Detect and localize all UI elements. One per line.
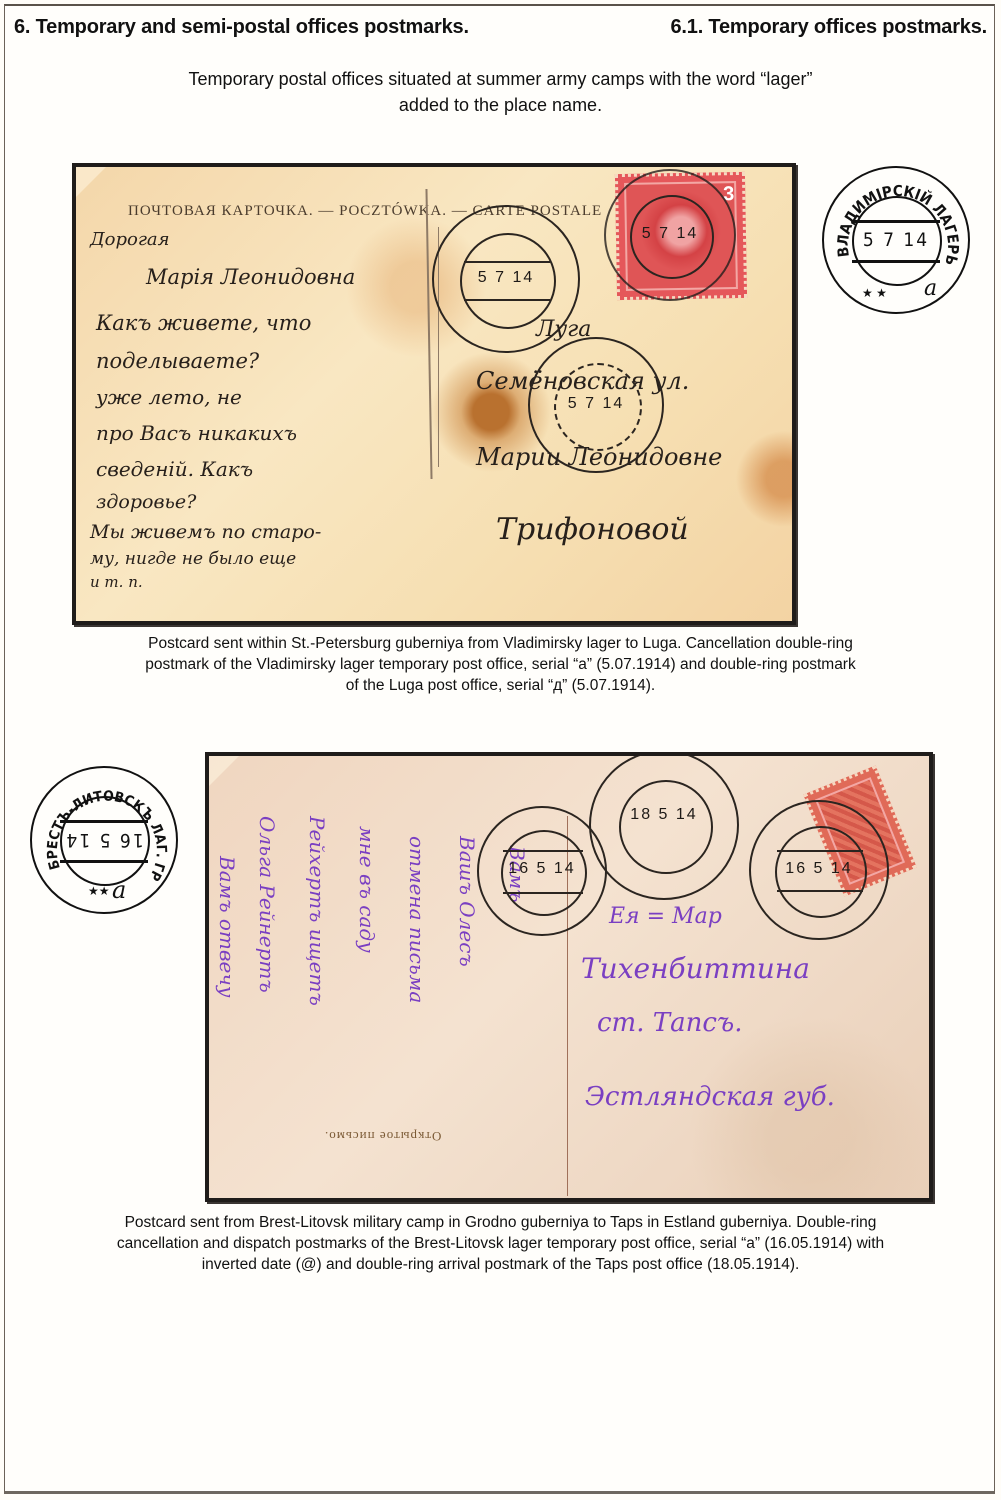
postmark-date: 18 5 14: [591, 806, 737, 824]
date-bar: [60, 820, 148, 823]
caption-line: inverted date (@) and double-ring arriva…: [0, 1254, 1001, 1275]
postmark-date: 5 7 14: [824, 229, 968, 251]
date-bar: [852, 260, 940, 263]
postmark-date: 5 7 14: [606, 225, 734, 243]
caption-line: postmark of the Vladimirsky lager tempor…: [0, 654, 1001, 675]
handwriting-line: Тихенбиттина: [581, 952, 810, 985]
caption-exhibit-2: Postcard sent from Brest-Litovsk militar…: [0, 1212, 1001, 1275]
handwriting-line: здоровье?: [96, 491, 196, 513]
caption-exhibit-1: Postcard sent within St.-Petersburg gube…: [0, 633, 1001, 696]
postmark-date: 16 5 14: [751, 860, 887, 878]
postmark-luga: 5 7 14: [528, 337, 664, 473]
mount-corner: [209, 756, 239, 786]
caption-line: Postcard sent within St.-Petersburg gube…: [0, 633, 1001, 654]
subsection-title: 6.1. Temporary offices postmarks.: [671, 16, 988, 39]
postmark-vladimirsky-lager: 5 7 14: [432, 205, 580, 353]
intro-line: Temporary postal offices situated at sum…: [0, 66, 1001, 92]
intro-line: added to the place name.: [0, 92, 1001, 118]
postmark-brest-litovsk-dispatch: 16 5 14: [477, 806, 607, 936]
postmark-reconstruction-brest-litovsk: БРЕСТЪ-ЛИТОВСКЪ ЛАГ. ГРОД. 16 5 14 ★★ а: [30, 766, 178, 914]
handwriting-line: сведеній. Какъ: [96, 457, 253, 481]
handwriting-line: Трифоновой: [496, 512, 689, 547]
handwriting-line: уже лето, не: [96, 385, 242, 409]
date-bar: [852, 220, 940, 223]
handwriting-line: и т. п.: [90, 573, 143, 591]
caption-line: of the Luga post office, serial “д” (5.0…: [0, 675, 1001, 696]
postmark-on-stamp: 5 7 14: [604, 169, 736, 301]
address-divider: [425, 189, 432, 479]
mount-corner: [76, 167, 106, 197]
section-title: 6. Temporary and semi-postal offices pos…: [14, 16, 469, 39]
intro-text: Temporary postal offices situated at sum…: [0, 66, 1001, 118]
handwriting-line: Эстляндская губ.: [585, 1082, 835, 1112]
serial-letter: а: [924, 276, 937, 301]
handwriting-line: Дорогая: [90, 229, 170, 250]
postmark-date: 16 5 14: [479, 860, 605, 878]
postmark-date: 5 7 14: [530, 395, 662, 413]
postmark-date: 5 7 14: [434, 269, 578, 287]
postcard-brest-litovsk: Открытое письмо. Вамъ отвечу Ольга Рейне…: [205, 752, 933, 1202]
postmark-taps-arrival: 18 5 14: [589, 752, 739, 900]
postmark-brest-litovsk-cancellation: 16 5 14: [749, 800, 889, 940]
handwriting-line: Марія Леонидовна: [146, 265, 355, 289]
caption-line: cancellation and dispatch postmarks of t…: [0, 1233, 1001, 1254]
handwriting-line: Мы живемъ по старо-: [90, 521, 321, 543]
postcard-vladimirsky: ПОЧТОВАЯ КАРТОЧКА. — POCZTÓWKA. — CARTE …: [72, 163, 796, 625]
handwriting-line: Ея = Мар: [609, 904, 722, 929]
handwriting-line: Какъ живете, что: [96, 311, 311, 335]
handwriting-line: ст. Тапсъ.: [597, 1008, 743, 1038]
postmark-date-inverted: 16 5 14: [32, 829, 176, 851]
postmark-reconstruction-vladimirsky: ВЛАДИМІРСКІЙ ЛАГЕРЬ С.П.Б. 5 7 14 ★ ★ а: [822, 166, 970, 314]
handwriting-line: му, нигде не было еще: [90, 549, 296, 569]
date-bar: [60, 860, 148, 863]
serial-letter: а: [112, 876, 126, 904]
caption-line: Postcard sent from Brest-Litovsk militar…: [0, 1212, 1001, 1233]
stars: ★ ★: [862, 286, 887, 300]
handwriting-line: поделываете?: [96, 349, 259, 373]
stars: ★★: [88, 884, 110, 898]
handwriting-line: про Васъ никакихъ: [96, 421, 297, 445]
